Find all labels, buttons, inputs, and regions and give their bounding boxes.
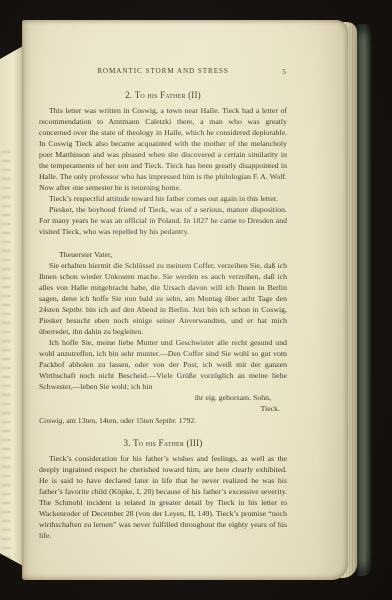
commentary-paragraph: Tieck’s consideration for his father’s w… — [39, 453, 287, 541]
dateline-year: 1792. — [177, 416, 197, 425]
show-through-text-marks — [2, 151, 11, 581]
letter-salutation: Theuerster Vater, — [39, 249, 287, 260]
intro-paragraph-1: This letter was written in Coswig, a tow… — [39, 105, 287, 193]
running-head-row: ROMANTIC STORM AND STRESS 5 — [39, 67, 287, 78]
intro-paragraph-2: Tieck’s respectful attitude toward his f… — [39, 193, 287, 204]
dateline-place: Coswig — [39, 416, 62, 425]
page-number: 5 — [282, 67, 286, 76]
section-3-number: 3. — [124, 438, 131, 448]
dateline-days: , am 13ten, 14ten, oder 15ten — [62, 416, 155, 425]
letter-dateline: Coswig, am 13ten, 14ten, oder 15ten Sept… — [39, 415, 287, 426]
page-text-column: ROMANTIC STORM AND STRESS 5 2. To his Fa… — [39, 20, 287, 541]
letter-paragraph-1-italic: Septbr. — [62, 305, 83, 314]
section-2-title: To his Father (II) — [135, 90, 201, 100]
section-2-number: 2. — [125, 90, 132, 100]
section-3-title: To his Father (III) — [133, 438, 202, 448]
book-photo: ROMANTIC STORM AND STRESS 5 2. To his Fa… — [0, 0, 392, 600]
section-heading-2: 2. To his Father (II) — [39, 90, 287, 100]
facing-page-edge — [0, 46, 23, 568]
dateline-month: Septbr. — [155, 416, 176, 425]
book-page: ROMANTIC STORM AND STRESS 5 2. To his Fa… — [22, 20, 348, 580]
signature-closing: ihr eig. gehorsam. Sohn, — [39, 392, 287, 403]
intro-paragraph-3: Piesker, the boyhood friend of Tieck, wa… — [39, 204, 287, 237]
signature-name: Tieck. — [39, 403, 287, 414]
letter-paragraph-1: Sie erhalten hiermit die Schlüssel zu me… — [39, 260, 287, 337]
section-heading-3: 3. To his Father (III) — [39, 438, 287, 448]
letter-paragraph-2: Ich hoffe Sie, meine liebe Mutter und Ge… — [39, 337, 287, 392]
running-head: ROMANTIC STORM AND STRESS — [39, 67, 287, 75]
